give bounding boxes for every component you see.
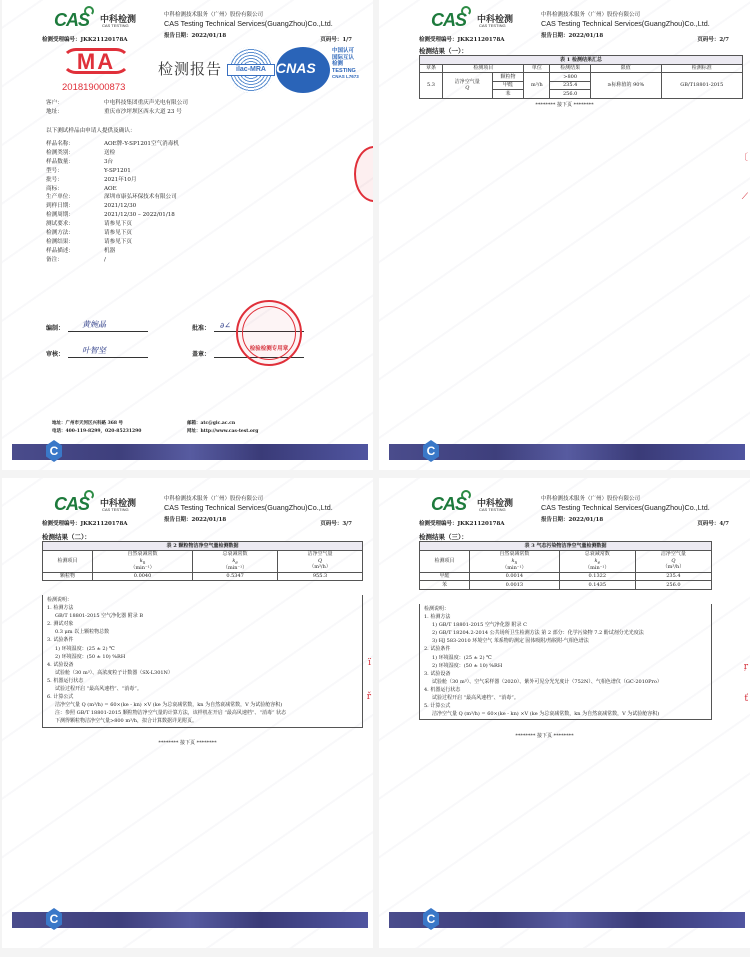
continue-marker: ******** 接下页 ******** — [2, 739, 373, 746]
sample-field: 备注：/ — [46, 255, 106, 263]
sample-field: 样品名称：AOE牌-Y-SP1201空气消毒机 — [46, 139, 179, 147]
sample-field: 检测方法：请参见下页 — [46, 228, 132, 236]
company-en: CAS Testing Technical Services(GuangZhou… — [164, 19, 364, 28]
logo-sub: CAS TESTING — [102, 23, 129, 28]
results-summary-table: 表 1 检测结果汇总 章条 检测项目 单位 检测结果 限值 检测标准 5.3 洁… — [419, 55, 743, 99]
footer-band: C — [389, 912, 745, 928]
sample-field: 检测结果：请参见下页 — [46, 237, 132, 245]
table-row: 颗粒物0.00400.5347955.3 — [43, 572, 363, 581]
continue-marker: ******** 接下页 ******** — [379, 732, 730, 739]
company-cn: 中科检测技术服务（广州）股份有限公司 — [164, 10, 364, 18]
page-number: 页码号：2/7 — [697, 35, 729, 43]
edge-seal-mark: ŗ — [744, 662, 748, 672]
accept-number: 检测受理编号：JKK21120178A — [42, 35, 128, 43]
c-badge-icon: C — [46, 440, 62, 462]
ilac-mra-logo: ilac-MRA — [228, 47, 274, 93]
accept-number: 检测受理编号：JKK21120178A — [419, 519, 505, 527]
sample-field: 型号：Y-SP1201 — [46, 166, 131, 174]
table-row: 苯0.00130.1435256.0 — [420, 581, 712, 590]
section-title: 检测结果（一）： — [419, 46, 468, 55]
page-header: CAS 中科检测 CAS TESTING 检测受理编号：JKK21120178A… — [42, 8, 342, 44]
page-number: 页码号：1/7 — [320, 35, 352, 43]
accept-number: 检测受理编号：JKK21120178A — [419, 35, 505, 43]
page-header: CAS 中科检测CAS TESTING 检测受理编号：JKK21120178A … — [419, 492, 719, 528]
table-row: 甲醛0.00140.1322235.4 — [420, 572, 712, 581]
continue-marker: ******** 接下页 ******** — [379, 101, 750, 108]
page-number: 页码号：4/7 — [697, 519, 729, 527]
page-header: CAS 中科检测CAS TESTING 检测受理编号：JKK21120178A … — [419, 8, 719, 44]
footer-contact: 地址：广州市天河区兴科路 368 号电话：400-119-8299，020-85… — [52, 420, 141, 436]
report-page-4: CAS 中科检测CAS TESTING 检测受理编号：JKK21120178A … — [379, 478, 750, 948]
report-page-1: CAS 中科检测 CAS TESTING 检测受理编号：JKK21120178A… — [2, 0, 373, 470]
footer-band: C — [389, 444, 745, 460]
report-page-3: CAS 中科检测CAS TESTING 检测受理编号：JKK21120178A … — [2, 478, 373, 948]
cnas-logo: CNAS — [276, 47, 330, 93]
review-signature: 审核：叶智坚 — [46, 348, 148, 358]
edge-seal — [354, 146, 373, 202]
edge-seal-mark: ï — [368, 658, 371, 668]
cnas-caption: 中国认可国际互认检测 TESTINGCNAS L7673 — [332, 48, 359, 80]
field-address: 地址：重庆市沙坪坝区西永大道 23 号 — [46, 107, 182, 115]
sample-field: 样品描述：机器 — [46, 246, 115, 254]
sample-field: 样品数量：3台 — [46, 157, 113, 165]
sample-field: 商标：AOE — [46, 184, 117, 192]
cas-logo: CAS 中科检测CAS TESTING — [54, 494, 144, 516]
cas-logo: CAS 中科检测CAS TESTING — [431, 10, 521, 32]
section-title: 检测结果（三）： — [419, 532, 468, 541]
sample-field: 批号：2021年10月 — [46, 175, 137, 183]
intro-text: 以下测试样品由申请人提供及确认： — [46, 126, 136, 134]
report-page-2: CAS 中科检测CAS TESTING 检测受理编号：JKK21120178A … — [379, 0, 750, 470]
field-client: 客户：中电科技集团重庆声光电有限公司 — [46, 98, 188, 106]
edge-seal-mark: ř — [367, 692, 371, 702]
page-number: 页码号：3/7 — [320, 519, 352, 527]
footer-band: C — [12, 444, 368, 460]
logo-ring-icon — [84, 6, 94, 16]
edge-seal-mark: ť — [744, 694, 748, 704]
table-caption: 表 1 检测结果汇总 — [420, 56, 743, 65]
sample-field: 测试要求：请参见下页 — [46, 219, 132, 227]
cas-logo: CAS 中科检测CAS TESTING — [431, 494, 521, 516]
sample-field: 检测周期：2021/12/30 – 2022/01/18 — [46, 210, 175, 218]
compile-signature: 编制：黄婉晶 — [46, 322, 148, 332]
test-notes: 检测说明：1. 检测方法1) GB/T 18801-2015 空气净化器 附录 … — [419, 604, 712, 720]
particle-cadr-table: 表 2 颗粒物洁净空气量检测数据 检测项目 自然衰减常数kn（min⁻¹） 总衰… — [42, 541, 363, 581]
official-seal: 检验检测专用章 — [236, 300, 302, 366]
report-title: 检测报告 — [158, 58, 222, 79]
cma-number: 201819000873 — [62, 82, 125, 93]
edge-seal-mark: ⟋ — [742, 192, 748, 202]
accept-number: 检测受理编号：JKK21120178A — [42, 519, 128, 527]
sample-field: 到样日期：2021/12/30 — [46, 201, 136, 209]
footer-web: 邮箱：atc@gic.ac.cn网址：http://www.cas-test.o… — [187, 420, 258, 436]
section-title: 检测结果（二）： — [42, 532, 91, 541]
cas-logo: CAS 中科检测 CAS TESTING — [54, 10, 144, 32]
test-notes: 检测说明：1. 检测方法GB/T 18801-2015 空气净化器 附录 B2.… — [42, 595, 363, 728]
sample-field: 检测类别：送检 — [46, 148, 115, 156]
footer-band: C — [12, 912, 368, 928]
cma-mark: MA — [62, 48, 130, 78]
page-header: CAS 中科检测CAS TESTING 检测受理编号：JKK21120178A … — [42, 492, 342, 528]
sample-field: 生产单位：深圳市康弘环保技术有限公司 — [46, 192, 177, 200]
gas-cadr-table: 表 3 气态污染物洁净空气量检测数据 检测项目 自然衰减常数kn（min⁻¹） … — [419, 541, 712, 590]
edge-seal-mark: 〔 — [739, 150, 748, 163]
